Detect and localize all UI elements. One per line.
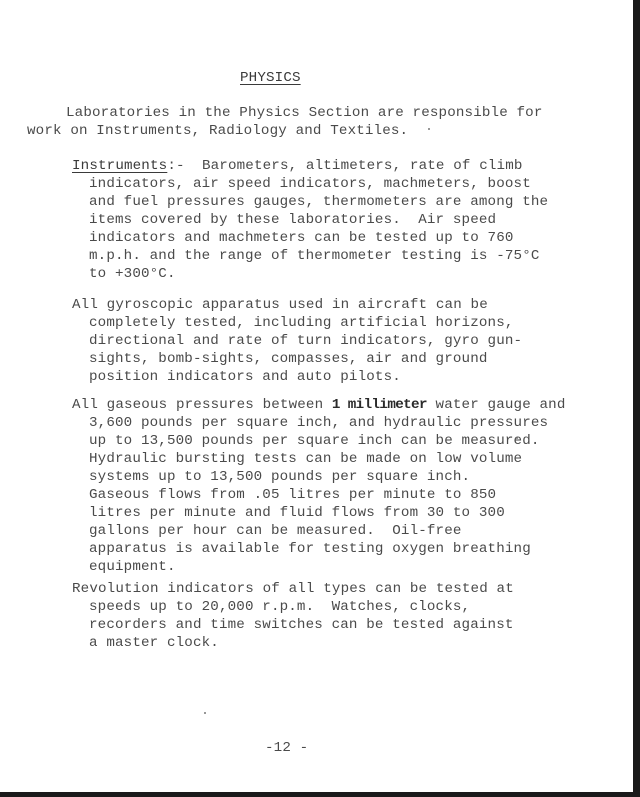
pressures-text-a: All gaseous pressures between [72, 397, 332, 413]
instruments-heading: Instruments [72, 158, 167, 174]
pressures-line: apparatus is available for testing oxyge… [89, 540, 531, 558]
pressures-line: Gaseous flows from .05 litres per minute… [89, 486, 496, 504]
intro-line-2: work on Instruments, Radiology and Texti… [27, 122, 408, 140]
instruments-line: indicators, air speed indicators, machme… [89, 175, 531, 193]
instruments-heading-suffix: :- Barometers, altimeters, rate of climb [167, 158, 522, 174]
pressures-line: 3,600 pounds per square inch, and hydrau… [89, 414, 548, 432]
pressures-text-b: water gauge and [427, 397, 566, 413]
instruments-line: indicators and machmeters can be tested … [89, 229, 514, 247]
revolution-line: recorders and time switches can be teste… [89, 616, 514, 634]
pressures-line: systems up to 13,500 pounds per square i… [89, 468, 470, 486]
pressures-line: gallons per hour can be measured. Oil-fr… [89, 522, 462, 540]
pressures-line: equipment. [89, 558, 176, 576]
instruments-line: and fuel pressures gauges, thermometers … [89, 193, 548, 211]
pressures-first-line: All gaseous pressures between 1 millimet… [72, 396, 566, 414]
scan-speck [516, 437, 518, 439]
pressures-line: up to 13,500 pounds per square inch can … [89, 432, 540, 450]
pressures-bold-text: 1 millimeter [332, 397, 427, 413]
gyroscopic-line: directional and rate of turn indicators,… [89, 332, 522, 350]
instruments-line: to +300°C. [89, 265, 176, 283]
pressures-line: Hydraulic bursting tests can be made on … [89, 450, 522, 468]
pressures-line: litres per minute and fluid flows from 3… [89, 504, 505, 522]
instruments-line: m.p.h. and the range of thermometer test… [89, 247, 540, 265]
page-number: -12 - [265, 740, 308, 756]
gyroscopic-line: All gyroscopic apparatus used in aircraf… [72, 296, 488, 314]
gyroscopic-line: position indicators and auto pilots. [89, 368, 401, 386]
revolution-line: a master clock. [89, 634, 219, 652]
instruments-line: items covered by these laboratories. Air… [89, 211, 496, 229]
scan-speck [204, 712, 206, 714]
gyroscopic-line: sights, bomb-sights, compasses, air and … [89, 350, 488, 368]
instruments-first-line: Instruments:- Barometers, altimeters, ra… [72, 157, 523, 175]
scan-speck [428, 128, 430, 130]
revolution-line: Revolution indicators of all types can b… [72, 580, 514, 598]
document-page: PHYSICS Laboratories in the Physics Sect… [0, 0, 633, 792]
gyroscopic-line: completely tested, including artificial … [89, 314, 514, 332]
revolution-line: speeds up to 20,000 r.p.m. Watches, cloc… [89, 598, 470, 616]
page-title: PHYSICS [240, 70, 301, 86]
intro-line-1: Laboratories in the Physics Section are … [66, 104, 543, 122]
